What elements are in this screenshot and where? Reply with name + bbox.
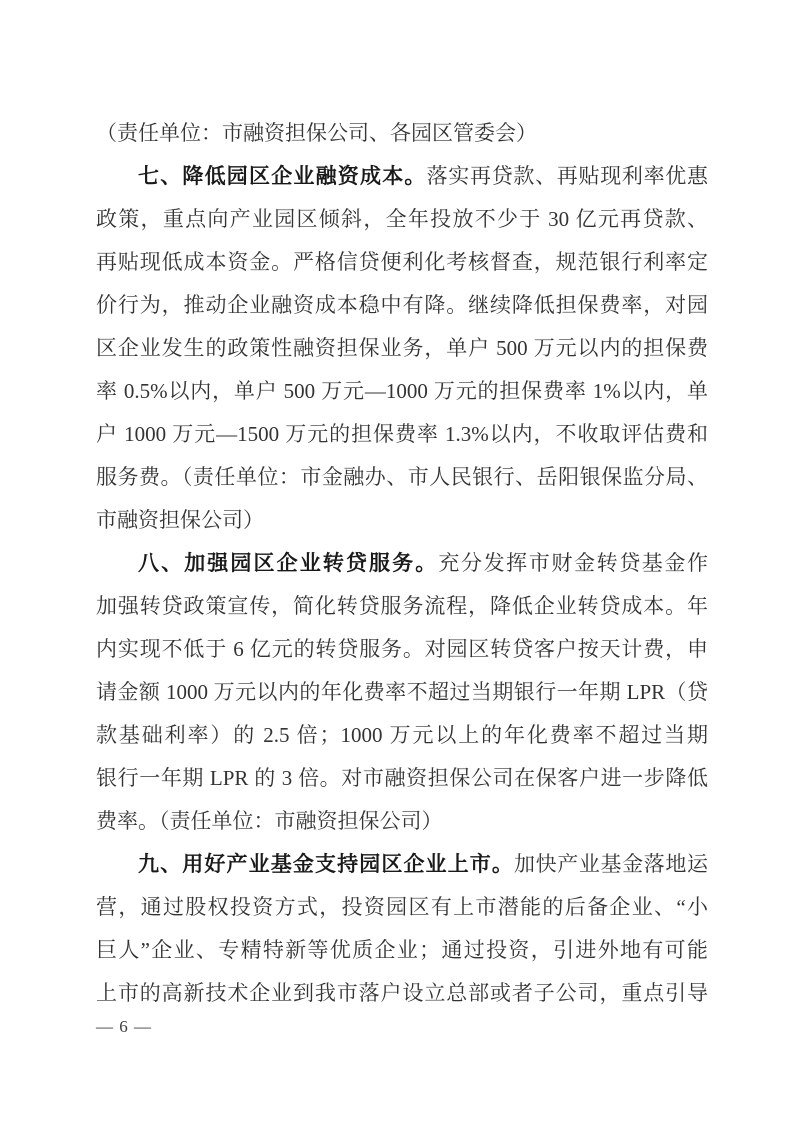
doc-line-section-seven-start: 七、降低园区企业融资成本。落实再贷款、再贴现利率优惠	[96, 155, 708, 198]
doc-line: 款基础利率）的 2.5 倍；1000 万元以上的年化费率不超过当期	[96, 714, 708, 757]
page-number: — 6 —	[96, 1014, 152, 1040]
section-nine-heading: 九、用好产业基金支持园区企业上市。	[138, 853, 514, 876]
doc-line-section-nine-start: 九、用好产业基金支持园区企业上市。加快产业基金落地运	[96, 843, 708, 886]
doc-line: 请金额 1000 万元以内的年化费率不超过当期银行一年期 LPR（贷	[96, 671, 708, 714]
section-seven-heading: 七、降低园区企业融资成本。	[138, 165, 427, 188]
doc-line-responsibility-note: 费率。（责任单位：市融资担保公司）	[96, 800, 708, 843]
doc-line: 上市的高新技术企业到我市落户设立总部或者子公司，重点引导	[96, 972, 708, 1015]
doc-line-responsibility-note: 市融资担保公司）	[96, 499, 708, 542]
document-body: （责任单位：市融资担保公司、各园区管委会） 七、降低园区企业融资成本。落实再贷款…	[96, 112, 708, 1015]
doc-line: 银行一年期 LPR 的 3 倍。对市融资担保公司在保客户进一步降低	[96, 757, 708, 800]
doc-line: 巨人”企业、专精特新等优质企业；通过投资，引进外地有可能	[96, 929, 708, 972]
doc-line: 区企业发生的政策性融资担保业务，单户 500 万元以内的担保费	[96, 327, 708, 370]
doc-line: 内实现不低于 6 亿元的转贷服务。对园区转贷客户按天计费，申	[96, 628, 708, 671]
doc-line-section-eight-start: 八、加强园区企业转贷服务。充分发挥市财金转贷基金作用，	[96, 542, 708, 585]
doc-line: 率 0.5%以内，单户 500 万元—1000 万元的担保费率 1%以内，单	[96, 370, 708, 413]
doc-line: 营，通过股权投资方式，投资园区有上市潜能的后备企业、“小	[96, 886, 708, 929]
doc-line-text: 落实再贷款、再贴现利率优惠	[427, 164, 708, 188]
section-eight-heading: 八、加强园区企业转贷服务。	[138, 552, 438, 575]
doc-line: 户 1000 万元—1500 万元的担保费率 1.3%以内，不收取评估费和	[96, 413, 708, 456]
doc-line: 价行为，推动企业融资成本稳中有降。继续降低担保费率，对园	[96, 284, 708, 327]
doc-line: 服务费。（责任单位：市金融办、市人民银行、岳阳银保监分局、	[96, 456, 708, 499]
doc-line-responsibility-note: （责任单位：市融资担保公司、各园区管委会）	[96, 112, 708, 155]
document-page: （责任单位：市融资担保公司、各园区管委会） 七、降低园区企业融资成本。落实再贷款…	[0, 0, 793, 1121]
doc-line-text: 加快产业基金落地运	[514, 852, 708, 876]
doc-line: 再贴现低成本资金。严格信贷便利化考核督查，规范银行利率定	[96, 241, 708, 284]
doc-line: 加强转贷政策宣传，简化转贷服务流程，降低企业转贷成本。年	[96, 585, 708, 628]
doc-line: 政策，重点向产业园区倾斜，全年投放不少于 30 亿元再贷款、	[96, 198, 708, 241]
